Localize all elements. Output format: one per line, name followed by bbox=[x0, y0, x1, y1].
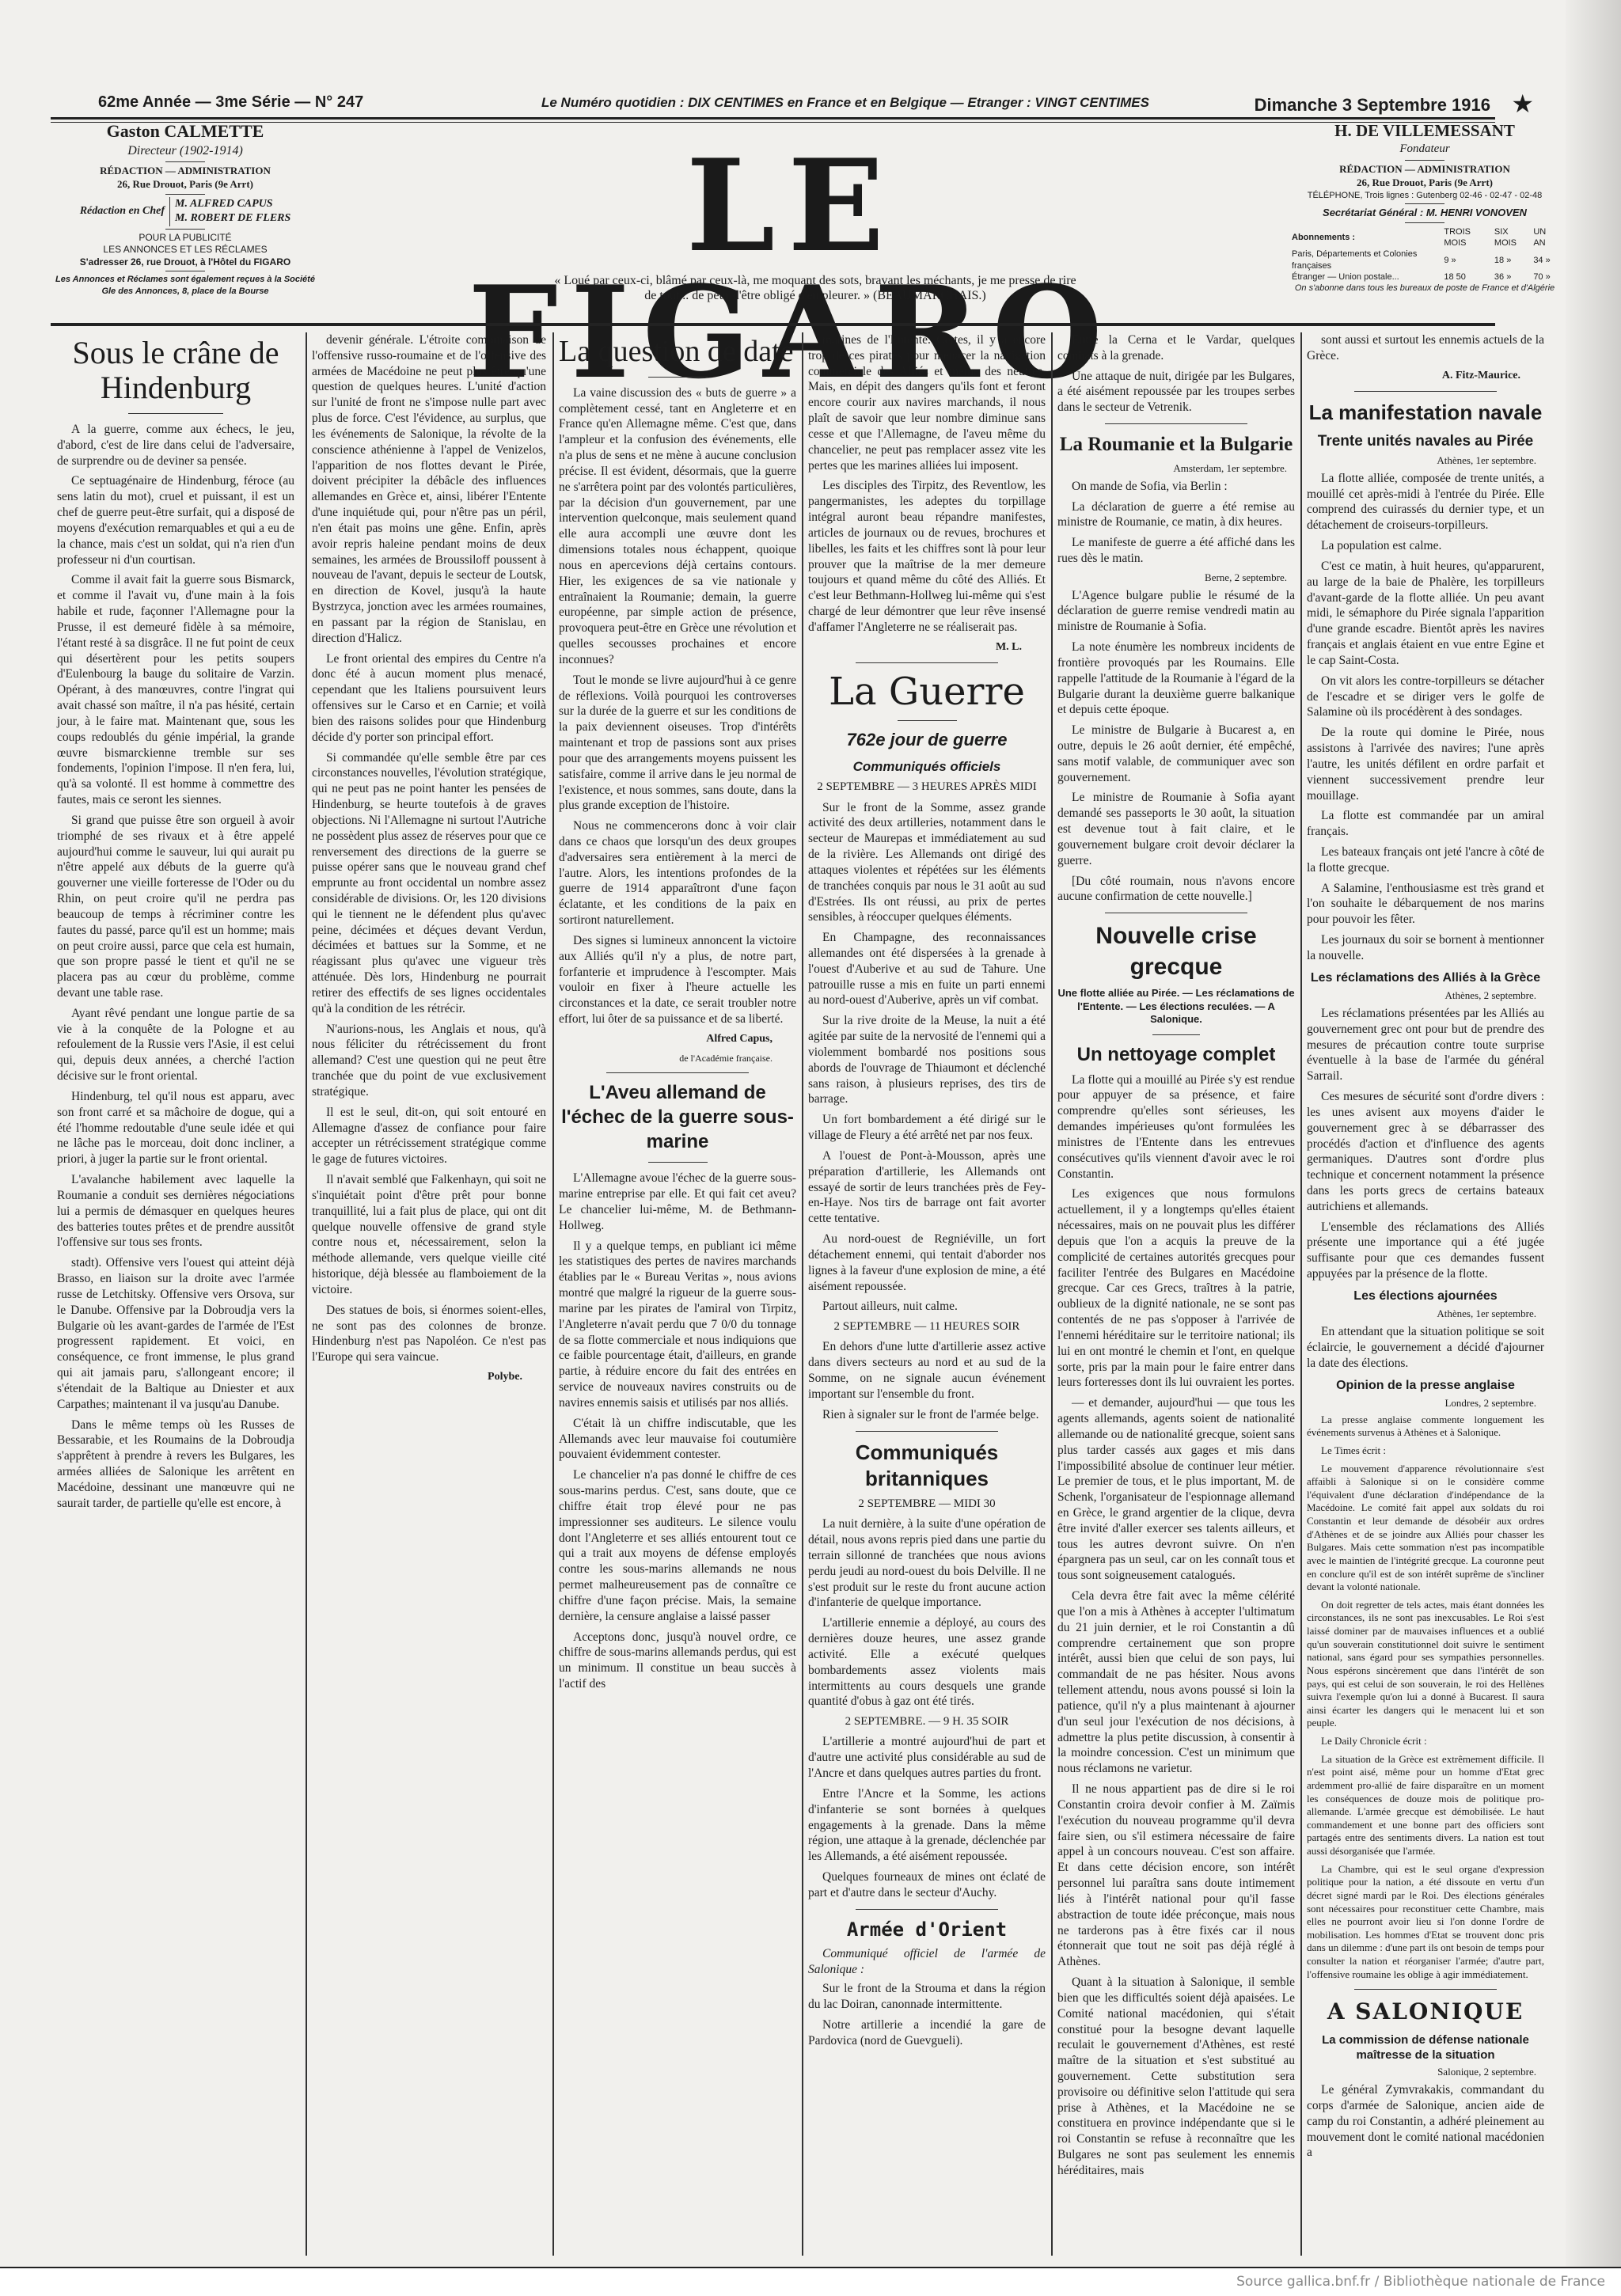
communique-time: 2 SEPTEMBRE — MIDI 30 bbox=[808, 1497, 1046, 1512]
column-4: marines de l'Entente. Certes, il y a enc… bbox=[808, 332, 1046, 2053]
ornament-divider bbox=[128, 413, 223, 414]
headline-aveu-allemand: L'Aveu allemand de l'échec de la guerre … bbox=[559, 1081, 796, 1154]
column-rule bbox=[1300, 332, 1302, 2256]
orient-intro: Communiqué officiel de l'armée de Saloni… bbox=[808, 1946, 1046, 1978]
paragraph: La note énumère les nombreux incidents d… bbox=[1057, 639, 1295, 718]
column-3: La question de date La vaine discussion … bbox=[559, 332, 796, 1697]
issue-date: Dimanche 3 Septembre 1916 bbox=[1255, 95, 1490, 116]
paragraph: On doit regretter de tels actes, mais ét… bbox=[1307, 1599, 1544, 1730]
chef-label: Rédaction en Chef bbox=[80, 204, 165, 218]
signature: Alfred Capus, bbox=[559, 1032, 773, 1046]
paragraph: De la route qui domine le Pirée, nous as… bbox=[1307, 725, 1544, 803]
ornament-divider bbox=[1405, 160, 1444, 161]
paragraph: marines de l'Entente. Certes, il y a enc… bbox=[808, 332, 1046, 473]
paragraph: Ces mesures de sécurité sont d'ordre div… bbox=[1307, 1089, 1544, 1215]
admin-label: RÉDACTION — ADMINISTRATION bbox=[1290, 163, 1559, 176]
issue-number: 62me Année — 3me Série — N° 247 bbox=[98, 93, 363, 112]
column-rule bbox=[306, 332, 307, 2256]
article-body: devenir générale. L'étroite combinaison … bbox=[312, 332, 546, 1365]
headline-crise-grecque: Nouvelle crise grecque bbox=[1057, 921, 1295, 982]
director-name: Gaston CALMETTE bbox=[51, 120, 320, 143]
paragraph: L'artillerie ennemie a déployé, au cours… bbox=[808, 1615, 1046, 1710]
article-body: L'Agence bulgare publie le résumé de la … bbox=[1057, 588, 1295, 905]
pub-line: S'adresser 26, rue Drouot, à l'Hôtel du … bbox=[51, 256, 320, 269]
ornament-divider bbox=[648, 377, 708, 378]
paragraph: Une attaque de nuit, dirigée par les Bul… bbox=[1057, 369, 1295, 416]
paragraph: Les disciples des Tirpitz, des Reventlow… bbox=[808, 478, 1046, 635]
paragraph: Quelques fourneaux de mines ont éclaté d… bbox=[808, 1869, 1046, 1901]
paragraph: En Champagne, des reconnaissances allema… bbox=[808, 930, 1046, 1008]
paragraph: Entre la Cerna et le Vardar, quelques co… bbox=[1057, 332, 1295, 364]
paragraph: La presse anglaise commente longuement l… bbox=[1307, 1414, 1544, 1440]
founder-role: Fondateur bbox=[1290, 142, 1559, 157]
paragraph: Si grand que puisse être son orgueil à a… bbox=[57, 813, 294, 1001]
paragraph: Il ne nous appartient pas de dire si le … bbox=[1057, 1782, 1295, 1970]
price-cell: 34 » bbox=[1532, 249, 1559, 271]
column-1: Sous le crâne de Hindenburg A la guerre,… bbox=[57, 332, 294, 1516]
paragraph: Acceptons donc, jusqu'à nouvel ordre, ce… bbox=[559, 1630, 796, 1692]
paragraph: L'Allemagne avoue l'échec de la guerre s… bbox=[559, 1171, 796, 1233]
ornament-divider bbox=[165, 161, 205, 162]
dateline: Athènes, 2 septembre. bbox=[1307, 989, 1536, 1003]
paragraph: En dehors d'une lutte d'artillerie assez… bbox=[808, 1339, 1046, 1402]
paragraph: A la guerre, comme aux échecs, le jeu, d… bbox=[57, 422, 294, 469]
paragraph: On mande de Sofia, via Berlin : bbox=[1057, 479, 1295, 495]
phone: TÉLÉPHONE, Trois lignes : Gutenberg 02-4… bbox=[1290, 190, 1559, 201]
body-rule bbox=[51, 323, 1495, 326]
top-strip: 62me Année — 3me Série — N° 247 Le Numér… bbox=[51, 93, 1550, 116]
paragraph: Si commandée qu'elle semble être par ces… bbox=[312, 750, 546, 1017]
communique-time: 2 SEPTEMBRE — 11 HEURES SOIR bbox=[808, 1319, 1046, 1334]
secretariat: Secrétariat Général : M. HENRI VONOVEN bbox=[1290, 207, 1559, 220]
paragraph: Le manifeste de guerre a été affiché dan… bbox=[1057, 535, 1295, 567]
row-label: Paris, Départements et Colonies français… bbox=[1290, 249, 1442, 271]
founder-name: H. DE VILLEMESSANT bbox=[1290, 120, 1559, 142]
paragraph: Comme il avait fait la guerre sous Bisma… bbox=[57, 572, 294, 807]
paragraph: Sur la rive droite de la Meuse, la nuit … bbox=[808, 1013, 1046, 1107]
paragraph: Les bateaux français ont jeté l'ancre à … bbox=[1307, 844, 1544, 876]
paragraph: Les réclamations présentées par les Alli… bbox=[1307, 1006, 1544, 1084]
article-body: On mande de Sofia, via Berlin :La déclar… bbox=[1057, 479, 1295, 567]
dateline: Londres, 2 septembre. bbox=[1307, 1397, 1536, 1410]
article-body: Le général Zymvrakakis, commandant du co… bbox=[1307, 2082, 1544, 2161]
paragraph: Le Times écrit : bbox=[1307, 1444, 1544, 1458]
war-day: 762e jour de guerre bbox=[808, 729, 1046, 751]
paragraph: La flotte alliée, composée de trente uni… bbox=[1307, 471, 1544, 533]
column-header: SIX MOIS bbox=[1493, 226, 1532, 249]
price-cell: 18 » bbox=[1493, 249, 1532, 271]
paragraph: Le ministre de Bulgarie à Bucarest a, en… bbox=[1057, 723, 1295, 785]
paragraph: Entre l'Ancre et la Somme, les actions d… bbox=[808, 1786, 1046, 1865]
table-row: Paris, Départements et Colonies français… bbox=[1290, 249, 1559, 271]
column-rule bbox=[1051, 332, 1053, 2256]
paragraph: Il n'avait semblé que Falkenhayn, qui so… bbox=[312, 1172, 546, 1298]
paragraph: En attendant que la situation politique … bbox=[1307, 1324, 1544, 1371]
paragraph: La déclaration de guerre a été remise au… bbox=[1057, 499, 1295, 531]
headline-manifestation-navale: La manifestation navale bbox=[1307, 400, 1544, 426]
director-role: Directeur (1902-1914) bbox=[51, 143, 320, 160]
article-body: En dehors d'une lutte d'artillerie assez… bbox=[808, 1339, 1046, 1422]
headline-nettoyage-complet: Un nettoyage complet bbox=[1057, 1043, 1295, 1068]
headline-roumanie-bulgarie: La Roumanie et la Bulgarie bbox=[1057, 432, 1295, 457]
paragraph: La flotte est commandée par un amiral fr… bbox=[1307, 808, 1544, 840]
paragraph: Le chancelier n'a pas donné le chiffre d… bbox=[559, 1467, 796, 1624]
newspaper-page: 62me Année — 3me Série — N° 247 Le Numér… bbox=[0, 0, 1621, 2268]
communique-time: 2 SEPTEMBRE — 3 HEURES APRÈS MIDI bbox=[808, 780, 1046, 795]
dateline: Amsterdam, 1er septembre. bbox=[1057, 462, 1287, 476]
column-header: TROIS MOIS bbox=[1442, 226, 1493, 249]
star-icon: ★ bbox=[1511, 89, 1534, 119]
signature: M. L. bbox=[808, 640, 1022, 655]
paragraph: A Salamine, l'enthousiasme est très gran… bbox=[1307, 881, 1544, 928]
pub-line: LES ANNONCES ET LES RÉCLAMES bbox=[51, 244, 320, 256]
pub-note: Les Annonces et Réclames sont également … bbox=[51, 274, 320, 297]
paragraph: La population est calme. bbox=[1307, 538, 1544, 554]
article-body: La flotte alliée, composée de trente uni… bbox=[1307, 471, 1544, 964]
paragraph: Partout ailleurs, nuit calme. bbox=[808, 1299, 1046, 1315]
address: 26, Rue Drouot, Paris (9e Arrt) bbox=[1290, 176, 1559, 190]
section-divider bbox=[1354, 1989, 1497, 1990]
article-body: Sur le front de la Strouma et dans la ré… bbox=[808, 1981, 1046, 2048]
paragraph: sont aussi et surtout les ennemis actuel… bbox=[1307, 332, 1544, 364]
price-cell: 36 » bbox=[1493, 271, 1532, 283]
paragraph: Dans le même temps où les Russes de Bess… bbox=[57, 1417, 294, 1512]
subhead-reclamations: Les réclamations des Alliés à la Grèce bbox=[1307, 970, 1544, 986]
column-5: Entre la Cerna et le Vardar, quelques co… bbox=[1057, 332, 1295, 2184]
communiques-label: Communiqués officiels bbox=[808, 758, 1046, 776]
paragraph: Des statues de bois, si énormes soient-e… bbox=[312, 1303, 546, 1365]
signature: Polybe. bbox=[312, 1370, 522, 1384]
dateline: Berne, 2 septembre. bbox=[1057, 571, 1287, 585]
paragraph: La situation de la Grèce est extrêmement… bbox=[1307, 1753, 1544, 1858]
source-footer: Source gallica.bnf.fr / Bibliothèque nat… bbox=[0, 2267, 1621, 2296]
section-divider bbox=[606, 1072, 749, 1073]
crise-summary: Une flotte alliée au Pirée. — Les réclam… bbox=[1057, 987, 1295, 1027]
price-line: Le Numéro quotidien : DIX CENTIMES en Fr… bbox=[541, 95, 1149, 111]
paragraph: C'était là un chiffre indiscutable, que … bbox=[559, 1416, 796, 1463]
paragraph: L'artillerie a montré aujourd'hui de par… bbox=[808, 1734, 1046, 1781]
paragraph: L'Agence bulgare publie le résumé de la … bbox=[1057, 588, 1295, 635]
headline-question-de-date: La question de date bbox=[559, 336, 796, 369]
paragraph: stadt). Offensive vers l'ouest qui attei… bbox=[57, 1255, 294, 1412]
article-body: marines de l'Entente. Certes, il y a enc… bbox=[808, 332, 1046, 636]
subhead-presse-anglaise: Opinion de la presse anglaise bbox=[1307, 1378, 1544, 1394]
article-body: Entre la Cerna et le Vardar, quelques co… bbox=[1057, 332, 1295, 416]
paragraph: Le ministre de Roumanie à Sofia ayant de… bbox=[1057, 790, 1295, 868]
chef-name: M. ALFRED CAPUS bbox=[175, 198, 273, 210]
paragraph: C'est ce matin, à huit heures, qu'apparu… bbox=[1307, 559, 1544, 669]
column-rule bbox=[802, 332, 803, 2256]
subhead-commission: La commission de défense nationale maîtr… bbox=[1307, 2032, 1544, 2063]
headline-la-guerre: La Guerre bbox=[808, 671, 1046, 713]
section-divider bbox=[1152, 1034, 1200, 1035]
ornament-divider bbox=[898, 720, 957, 721]
article-body: A la guerre, comme aux échecs, le jeu, d… bbox=[57, 422, 294, 1511]
article-body: sont aussi et surtout les ennemis actuel… bbox=[1307, 332, 1544, 364]
section-divider bbox=[1105, 913, 1247, 913]
ornament-divider bbox=[1405, 222, 1444, 223]
section-divider bbox=[856, 1431, 998, 1432]
page-edge-shadow bbox=[1566, 0, 1621, 2268]
row-label: Étranger — Union postale... bbox=[1290, 271, 1442, 283]
signature-sub: de l'Académie française. bbox=[559, 1053, 773, 1065]
paragraph: Cela devra être fait avec la même céléri… bbox=[1057, 1588, 1295, 1777]
paragraph: Le général Zymvrakakis, commandant du co… bbox=[1307, 2082, 1544, 2161]
pub-line: POUR LA PUBLICITÉ bbox=[51, 232, 320, 245]
paragraph: La flotte qui a mouillé au Pirée s'y est… bbox=[1057, 1072, 1295, 1182]
paragraph: Le Daily Chronicle écrit : bbox=[1307, 1735, 1544, 1748]
column-header: UN AN bbox=[1532, 226, 1559, 249]
article-body: Sur le front de la Somme, assez grande a… bbox=[808, 800, 1046, 1315]
dateline: Athènes, 1er septembre. bbox=[1307, 1307, 1536, 1321]
paragraph: La vaine discussion des « buts de guerre… bbox=[559, 385, 796, 668]
paragraph: Des signes si lumineux annoncent la vict… bbox=[559, 933, 796, 1027]
article-body: La vaine discussion des « buts de guerre… bbox=[559, 385, 796, 1027]
column-6: sont aussi et surtout les ennemis actuel… bbox=[1307, 332, 1544, 2165]
price-cell: 70 » bbox=[1532, 271, 1559, 283]
article-body: En attendant que la situation politique … bbox=[1307, 1324, 1544, 1371]
paragraph: La nuit dernière, à la suite d'une opéra… bbox=[808, 1516, 1046, 1611]
subscriptions: Abonnements : TROIS MOIS SIX MOIS UN AN … bbox=[1290, 226, 1559, 294]
paragraph: L'ensemble des réclamations des Alliés p… bbox=[1307, 1220, 1544, 1282]
masthead-right: H. DE VILLEMESSANT Fondateur RÉDACTION —… bbox=[1290, 120, 1559, 294]
paragraph: Les journaux du soir se bornent à mentio… bbox=[1307, 932, 1544, 964]
paragraph: Sur le front de la Strouma et dans la ré… bbox=[808, 1981, 1046, 2013]
section-divider bbox=[1354, 391, 1497, 392]
paragraph: Notre artillerie a incendié la gare de P… bbox=[808, 2017, 1046, 2049]
headline-a-salonique: A SALONIQUE bbox=[1307, 1998, 1544, 2026]
paragraph: — et demander, aujourd'hui — que tous le… bbox=[1057, 1395, 1295, 1584]
ornament-divider bbox=[165, 194, 205, 195]
source-credit: Source gallica.bnf.fr / Bibliothèque nat… bbox=[1236, 2274, 1605, 2290]
paragraph: Nous ne commencerons donc à voir clair d… bbox=[559, 818, 796, 928]
section-divider bbox=[856, 662, 998, 663]
paragraph: Un fort bombardement a été dirigé sur le… bbox=[808, 1112, 1046, 1144]
section-divider bbox=[1105, 423, 1247, 424]
dateline: Salonique, 2 septembre. bbox=[1307, 2066, 1536, 2079]
paragraph: Le front oriental des empires du Centre … bbox=[312, 651, 546, 746]
paragraph: Il y a quelque temps, en publiant ici mê… bbox=[559, 1239, 796, 1411]
paragraph: Quant à la situation à Salonique, il sem… bbox=[1057, 1975, 1295, 2179]
paragraph: Ce septuagénaire de Hindenburg, féroce (… bbox=[57, 473, 294, 567]
paragraph: Sur le front de la Somme, assez grande a… bbox=[808, 800, 1046, 926]
article-body: La flotte qui a mouillé au Pirée s'y est… bbox=[1057, 1072, 1295, 2179]
price-cell: 18 50 bbox=[1442, 271, 1493, 283]
paragraph: Tout le monde se livre aujourd'hui à ce … bbox=[559, 673, 796, 814]
subscription-note: On s'abonne dans tous les bureaux de pos… bbox=[1290, 283, 1559, 294]
paragraph: N'aurions-nous, les Anglais et nous, qu'… bbox=[312, 1022, 546, 1100]
subscriptions-label: Abonnements : bbox=[1290, 226, 1442, 249]
article-body: La presse anglaise commente longuement l… bbox=[1307, 1414, 1544, 1982]
chef-name: M. ROBERT DE FLERS bbox=[175, 212, 290, 224]
price-cell: 9 » bbox=[1442, 249, 1493, 271]
ornament-divider bbox=[648, 1162, 708, 1163]
subhead-elections: Les élections ajournées bbox=[1307, 1288, 1544, 1304]
address: 26, Rue Drouot, Paris (9e Arrt) bbox=[51, 178, 320, 192]
admin-label: RÉDACTION — ADMINISTRATION bbox=[51, 165, 320, 178]
signature: A. Fitz-Maurice. bbox=[1307, 369, 1520, 383]
paragraph: La Chambre, qui est le seul organe d'exp… bbox=[1307, 1863, 1544, 1982]
ornament-divider bbox=[1405, 203, 1444, 204]
headline-communiques-britanniques: Communiqués britanniques bbox=[808, 1440, 1046, 1493]
paragraph: Au nord-ouest de Regniéville, un fort dé… bbox=[808, 1231, 1046, 1294]
headline-hindenburg: Sous le crâne de Hindenburg bbox=[57, 336, 294, 405]
headline-armee-orient: Armée d'Orient bbox=[808, 1918, 1046, 1942]
subhead-trente-unites: Trente unités navales au Pirée bbox=[1307, 432, 1544, 451]
motto: « Loué par ceux-ci, blâmé par ceux-là, m… bbox=[554, 273, 1076, 303]
article-body: La nuit dernière, à la suite d'une opéra… bbox=[808, 1516, 1046, 1710]
paragraph: Ayant rêvé pendant une longue partie de … bbox=[57, 1006, 294, 1084]
paragraph: On vit alors les contre-torpilleurs se d… bbox=[1307, 674, 1544, 720]
paragraph: A l'ouest de Pont-à-Mousson, après une p… bbox=[808, 1148, 1046, 1227]
dateline: Athènes, 1er septembre. bbox=[1307, 454, 1536, 468]
column-rule bbox=[552, 332, 554, 2256]
article-body: Les réclamations présentées par les Alli… bbox=[1307, 1006, 1544, 1282]
paragraph: Rien à signaler sur le front de l'armée … bbox=[808, 1407, 1046, 1423]
column-2: devenir générale. L'étroite combinaison … bbox=[312, 332, 546, 1391]
table-row: Étranger — Union postale... 18 50 36 » 7… bbox=[1290, 271, 1559, 283]
paragraph: Hindenburg, tel qu'il nous est apparu, a… bbox=[57, 1089, 294, 1167]
paragraph: Le mouvement d'apparence révolutionnaire… bbox=[1307, 1463, 1544, 1594]
subscription-table: Abonnements : TROIS MOIS SIX MOIS UN AN … bbox=[1290, 226, 1559, 283]
article-body: L'artillerie a montré aujourd'hui de par… bbox=[808, 1734, 1046, 1900]
ornament-divider bbox=[165, 229, 205, 230]
masthead-left: Gaston CALMETTE Directeur (1902-1914) RÉ… bbox=[51, 120, 320, 297]
paragraph: [Du côté roumain, nous n'avons encore au… bbox=[1057, 874, 1295, 905]
paragraph: Il est le seul, dit-on, qui soit entouré… bbox=[312, 1105, 546, 1167]
paragraph: Les exigences que nous formulons actuell… bbox=[1057, 1186, 1295, 1391]
article-body: L'Allemagne avoue l'échec de la guerre s… bbox=[559, 1171, 796, 1692]
chef-names: M. ALFRED CAPUS M. ROBERT DE FLERS bbox=[169, 197, 290, 226]
paragraph: devenir générale. L'étroite combinaison … bbox=[312, 332, 546, 647]
section-divider bbox=[856, 1909, 998, 1910]
ornament-divider bbox=[165, 271, 205, 271]
editors-in-chief: Rédaction en Chef M. ALFRED CAPUS M. ROB… bbox=[51, 197, 320, 226]
paragraph: L'avalanche habilement avec laquelle la … bbox=[57, 1172, 294, 1250]
communique-time: 2 SEPTEMBRE. — 9 H. 35 SOIR bbox=[808, 1714, 1046, 1729]
